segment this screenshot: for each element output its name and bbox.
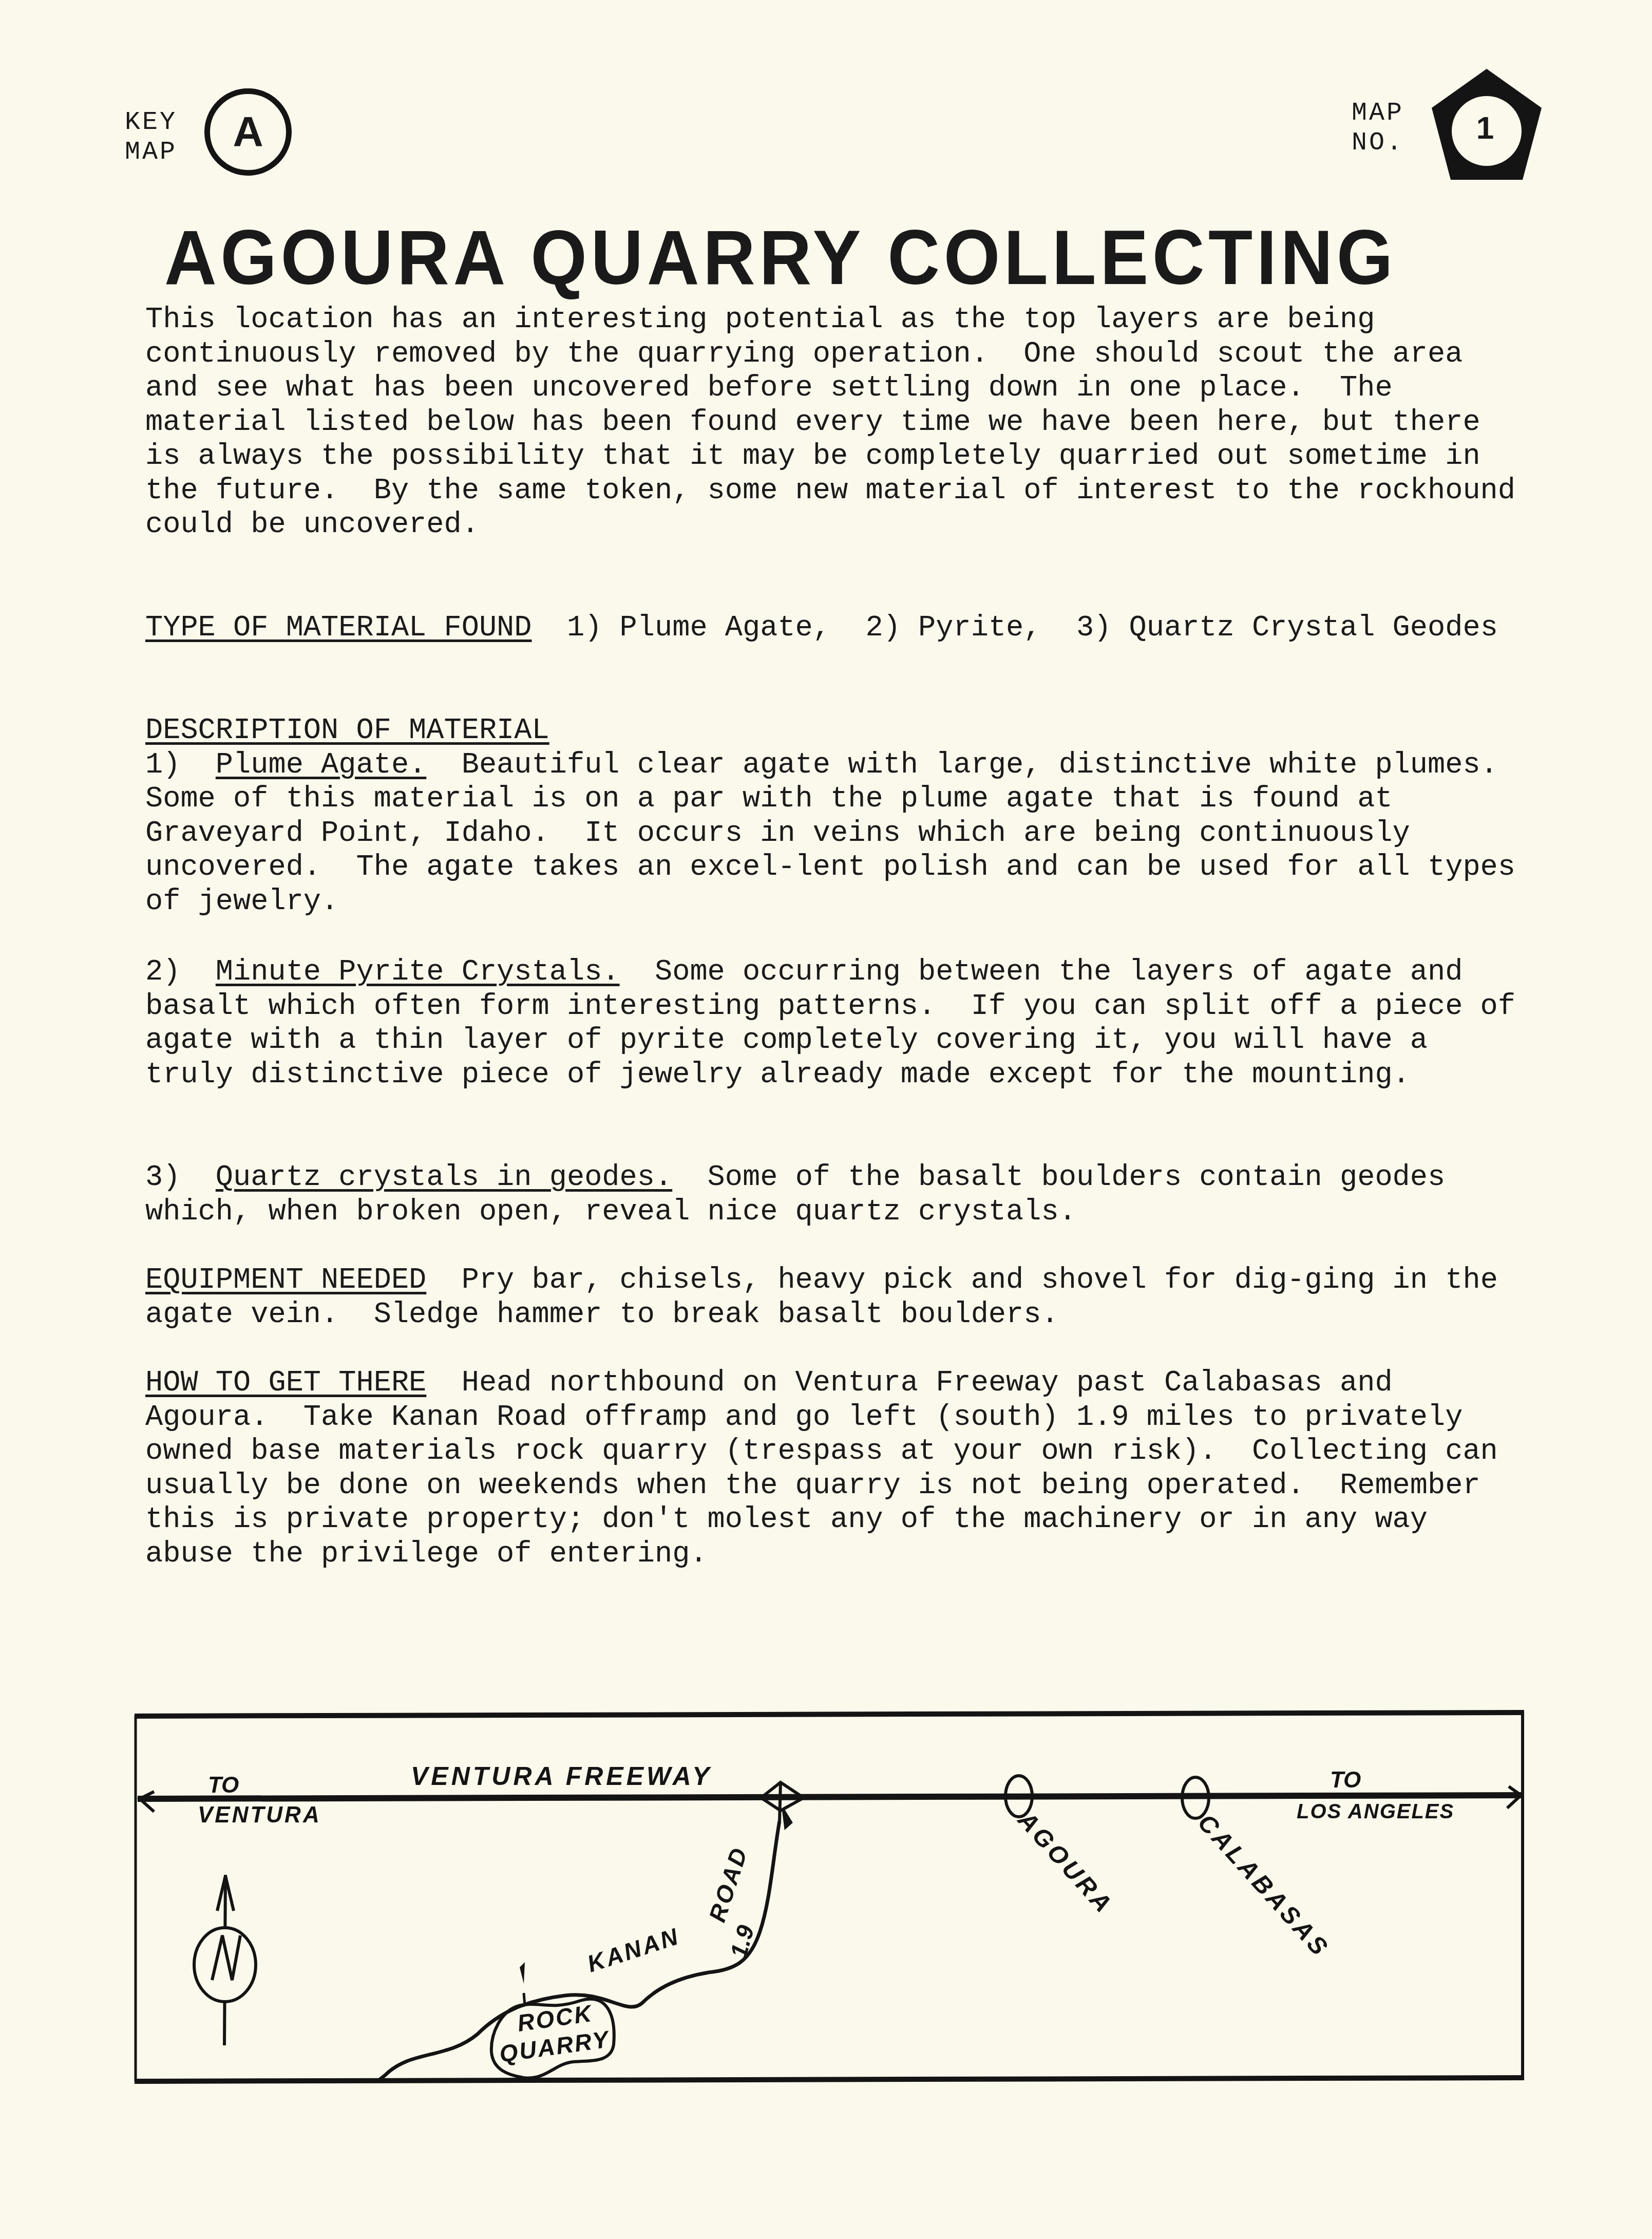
north-arrow-icon xyxy=(194,1875,256,2045)
road-label: ROAD xyxy=(704,1843,753,1925)
to-ventura-line2: VENTURA xyxy=(198,1802,321,1828)
to-la-line1: TO xyxy=(1330,1767,1361,1793)
agoura-label: AGOURA xyxy=(1012,1806,1118,1920)
quarry-pin-icon xyxy=(520,1962,525,1984)
map-frame xyxy=(135,1713,1524,2081)
kanan-interchange-icon xyxy=(761,1782,804,1827)
location-map: VENTURA FREEWAY TO VENTURA TO LOS ANGELE… xyxy=(0,0,1652,2239)
distance-label: 1.9 xyxy=(725,1922,759,1961)
to-ventura-line1: TO xyxy=(208,1773,239,1798)
kanan-label: KANAN xyxy=(584,1923,683,1978)
to-la-line2: LOS ANGELES xyxy=(1297,1800,1454,1823)
calabasas-label: CALABASAS xyxy=(1192,1809,1335,1963)
freeway-label: VENTURA FREEWAY xyxy=(411,1762,712,1791)
